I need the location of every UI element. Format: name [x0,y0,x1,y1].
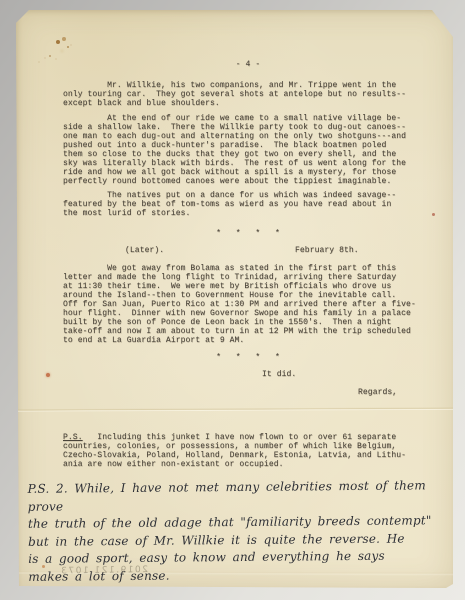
ps-label: P.S. [63,433,83,442]
later-label: (Later). [125,246,164,255]
postscript: P.S. Including this junket I have now fl… [63,433,433,469]
letter-page: - 4 - Mr. Willkie, his two companions, a… [16,10,453,588]
ps-text: Including this junket I have now flown t… [63,433,406,469]
accession-number-showthrough: 2019.121.1073 [60,565,148,577]
it-did-line: It did. [63,370,465,379]
paragraph-natives-dance: The natives put on a dance for us which … [63,191,433,218]
folded-corner-crease [401,10,453,56]
page-number-text: - 4 - [236,60,261,69]
ink-speck [46,373,50,377]
dateline-row: (Later). February 8th. [63,246,433,256]
asterisk-separator: * * * * [63,229,465,238]
paragraph-flight-trinidad: We got away from Bolama as stated in the… [63,264,433,345]
handwritten-line: P.S. 2. While, I have not met many celeb… [28,477,452,516]
fold-crease [16,407,453,412]
paragraph-native-village: At the end of our ride we came to a smal… [63,114,433,186]
date-line: February 8th. [295,246,359,255]
stain-marks [56,40,60,44]
paragraph-willkie-car: Mr. Willkie, his two companions, and Mr.… [63,81,433,108]
handwritten-line: but in the case of Mr. Willkie it is qui… [28,530,452,551]
regards-closing: Regards, [63,388,465,397]
page-number: - 4 - [63,60,465,69]
asterisk-separator: * * * * [63,353,465,362]
